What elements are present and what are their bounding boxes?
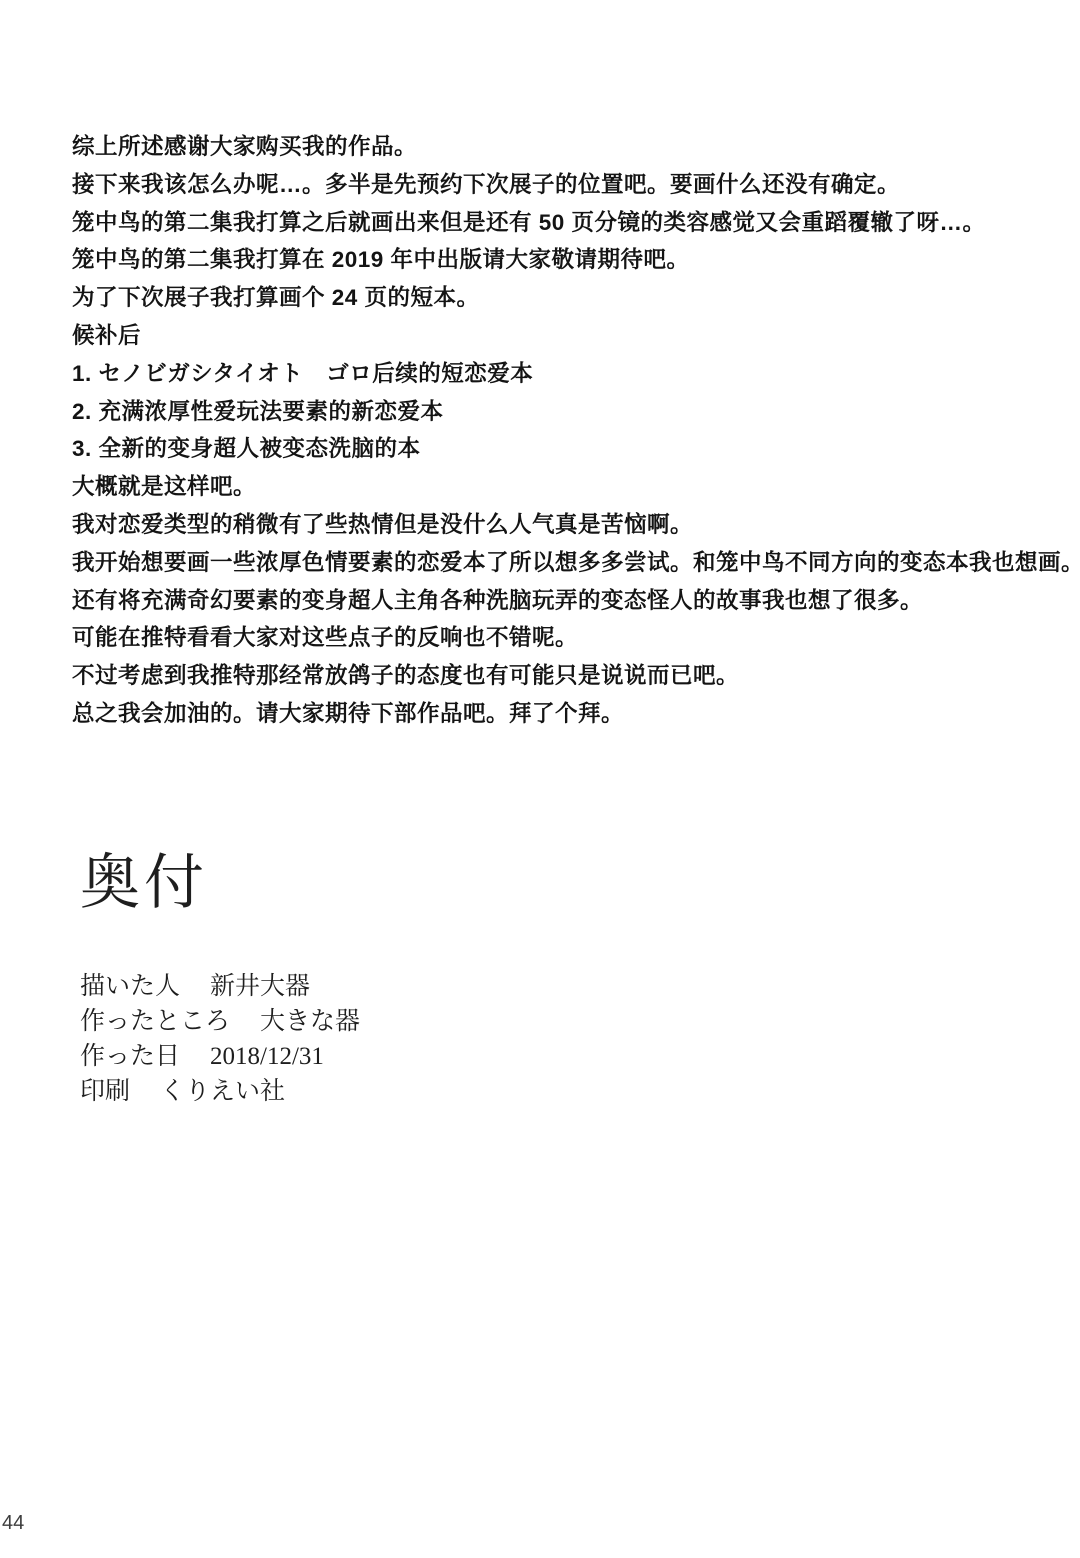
colophon-value: くりえい社	[160, 1074, 285, 1109]
colophon-label: 印刷	[80, 1074, 130, 1109]
afterword-text-block: 综上所述感谢大家购买我的作品。 接下来我该怎么办呢…。多半是先预约下次展子的位置…	[72, 128, 1080, 733]
afterword-list-item: 2. 充满浓厚性爱玩法要素的新恋爱本	[72, 393, 1080, 431]
afterword-line: 我开始想要画一些浓厚色情要素的恋爱本了所以想多多尝试。和笼中鸟不同方向的变态本我…	[72, 544, 1080, 582]
afterword-line: 接下来我该怎么办呢…。多半是先预约下次展子的位置吧。要画什么还没有确定。	[72, 166, 1080, 204]
afterword-line: 不过考虑到我推特那经常放鸽子的态度也有可能只是说说而已吧。	[72, 657, 1080, 695]
afterword-line: 候补后	[72, 317, 1080, 355]
colophon-label: 描いた人	[80, 969, 180, 1004]
afterword-list-item: 1. セノビガシタイオト ゴロ后续的短恋爱本	[72, 355, 1080, 393]
afterword-list-item: 3. 全新的变身超人被变态洗脑的本	[72, 430, 1080, 468]
colophon-row-circle: 作ったところ 大きな器	[80, 1004, 360, 1039]
afterword-line: 我对恋爱类型的稍微有了些热情但是没什么人气真是苦恼啊。	[72, 506, 1080, 544]
afterword-line: 为了下次展子我打算画个 24 页的短本。	[72, 279, 1080, 317]
colophon-label: 作ったところ	[80, 1004, 230, 1039]
afterword-line: 还有将充满奇幻要素的变身超人主角各种洗脑玩弄的变态怪人的故事我也想了很多。	[72, 582, 1080, 620]
afterword-line: 总之我会加油的。请大家期待下部作品吧。拜了个拜。	[72, 695, 1080, 733]
colophon-value: 新井大器	[210, 969, 310, 1004]
afterword-line: 笼中鸟的第二集我打算之后就画出来但是还有 50 页分镜的类容感觉又会重蹈覆辙了呀…	[72, 204, 1080, 242]
afterword-line: 大概就是这样吧。	[72, 468, 1080, 506]
afterword-line: 可能在推特看看大家对这些点子的反响也不错呢。	[72, 619, 1080, 657]
colophon-row-date: 作った日 2018/12/31	[80, 1039, 360, 1074]
document-page: 综上所述感谢大家购买我的作品。 接下来我该怎么办呢…。多半是先预约下次展子的位置…	[0, 0, 1080, 1558]
colophon-row-artist: 描いた人 新井大器	[80, 969, 360, 1004]
page-number: 44	[2, 1512, 24, 1535]
colophon-title: 奥付	[80, 850, 208, 916]
colophon-row-printer: 印刷 くりえい社	[80, 1074, 360, 1109]
colophon-value: 大きな器	[260, 1004, 360, 1039]
afterword-line: 综上所述感谢大家购买我的作品。	[72, 128, 1080, 166]
afterword-line: 笼中鸟的第二集我打算在 2019 年中出版请大家敬请期待吧。	[72, 241, 1080, 279]
colophon-block: 描いた人 新井大器 作ったところ 大きな器 作った日 2018/12/31 印刷…	[80, 969, 360, 1109]
colophon-value: 2018/12/31	[210, 1039, 324, 1074]
colophon-label: 作った日	[80, 1039, 180, 1074]
